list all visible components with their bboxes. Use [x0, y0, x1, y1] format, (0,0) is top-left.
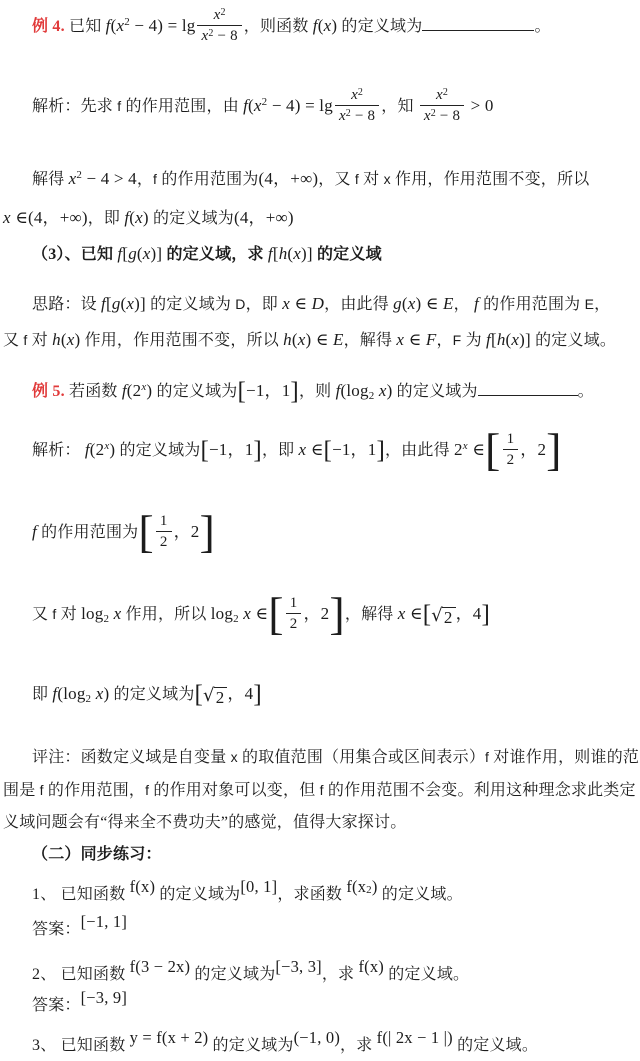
- text-run: 1、 已知函数: [32, 886, 130, 903]
- math-fragment: (4，+∞): [234, 208, 294, 227]
- paragraph-exercise1: 1、 已知函数 f(x) 的定义域为[0, 1]，求函数 f(x2) 的定义域。: [3, 880, 636, 908]
- text-run: ，解得: [345, 606, 398, 623]
- text-run: 的作用范围为: [157, 171, 258, 188]
- math-fragment: x: [143, 244, 151, 263]
- text-run: 解析：: [32, 442, 85, 459]
- math-fragment: 2: [233, 613, 239, 625]
- text-run: 的定义域为: [152, 383, 237, 400]
- math-fragment: f(x): [358, 957, 384, 976]
- paragraph-answer2: 答案：[−3, 9]: [3, 991, 636, 1019]
- math-fragment: (2: [127, 381, 142, 400]
- text-run: 的定义域为: [146, 296, 235, 313]
- text-run: ，求: [322, 966, 359, 983]
- bold-heading-text: （3）、已知: [32, 246, 117, 263]
- radicand: 2: [214, 687, 228, 708]
- math-fragment: )]: [151, 244, 163, 263]
- math-fragment: h: [283, 330, 292, 349]
- text-run: 为: [461, 332, 486, 349]
- math-fragment: x: [135, 208, 143, 227]
- math-fragment: x: [351, 87, 358, 103]
- text-run: 2、 已知函数: [32, 966, 130, 983]
- math-fragment: − 8: [351, 108, 375, 124]
- math-fragment: ，2: [520, 440, 546, 459]
- math-fragment: f(x: [346, 877, 366, 896]
- fraction-numerator: x2: [197, 6, 241, 26]
- text-run: ，知: [381, 98, 418, 115]
- text-run: ，解得: [344, 332, 397, 349]
- text-run: 的定义域为: [115, 442, 200, 459]
- fraction-denominator: x2 − 8: [197, 26, 241, 45]
- bracket-glyph: [: [138, 506, 154, 557]
- bracket-glyph: [: [485, 424, 501, 475]
- text-run: 的定义域。: [531, 332, 616, 349]
- text-run: 即: [32, 686, 52, 703]
- paragraph-example4: 例 4. 已知 f(x2 − 4) = lgx2x2 − 8，则函数 f(x) …: [3, 8, 636, 47]
- math-fragment: ∈: [306, 440, 323, 459]
- math-fragment: 2: [358, 87, 363, 98]
- math-fragment: ，2: [303, 604, 329, 623]
- bracket-glyph: [: [324, 437, 333, 464]
- fraction: x2x2 − 8: [197, 6, 241, 45]
- text-run: 。: [578, 383, 594, 400]
- bracket-glyph: [: [195, 681, 204, 708]
- math-fragment: f(3 − 2x): [130, 957, 191, 976]
- math-fragment: x: [339, 108, 346, 124]
- blank-underline: [478, 380, 578, 396]
- bracket-glyph: ]: [376, 437, 385, 464]
- math-fragment: x: [424, 108, 431, 124]
- math-fragment: [0, 1]: [240, 877, 277, 896]
- text-run: ，即: [262, 442, 299, 459]
- text-run: 的作用对象可以变，但: [149, 782, 319, 799]
- text-run: ，由此得: [324, 296, 393, 313]
- text-run: 思路：设: [32, 296, 101, 313]
- fraction-denominator: 2: [156, 532, 172, 551]
- math-fragment: ∈: [421, 294, 443, 313]
- text-run: 又: [3, 332, 23, 349]
- bracket-glyph: [: [268, 588, 284, 639]
- math-fragment: (−1, 0): [294, 1028, 340, 1047]
- paragraph-exercise3: 3、 已知函数 y = f(x + 2) 的定义域为(−1, 0)，求 f(| …: [3, 1031, 636, 1059]
- math-fragment: )]: [519, 330, 531, 349]
- math-fragment: 2: [216, 688, 225, 707]
- text-run: 的作用范围不会变。利用这种理念求此类定: [324, 782, 636, 799]
- math-fragment: x: [396, 330, 404, 349]
- math-fragment: (log: [341, 381, 369, 400]
- fraction-denominator: 2: [503, 450, 519, 469]
- text-run: 的作用范围为: [37, 524, 138, 541]
- text-run: 答案：: [32, 921, 81, 938]
- math-fragment: 2: [444, 608, 453, 627]
- sqrt-radical: √2: [203, 687, 227, 708]
- text-run: 的定义域为: [392, 383, 477, 400]
- math-fragment: 2: [290, 616, 298, 632]
- math-fragment: − 8: [436, 108, 460, 124]
- paragraph-ex5-conclusion: 即 f(log2 x) 的定义域为[√2，4]: [3, 680, 636, 708]
- math-fragment: − 4) = lg: [130, 16, 196, 35]
- fraction: x2x2 − 8: [335, 86, 379, 125]
- paragraph-ex4-analysis: 解析：先求 f 的作用范围，由 f(x2 − 4) = lgx2x2 − 8，知…: [3, 88, 636, 127]
- fraction: 12: [156, 512, 172, 551]
- fraction-denominator: 2: [286, 614, 302, 633]
- paragraph-ex4-solve-line2: x ∈(4，+∞)，即 f(x) 的定义域为(4，+∞): [3, 204, 636, 232]
- text-run: 又: [32, 606, 52, 623]
- paragraph-idea-line2: 又 f 对 h(x) 作用，作用范围不变，所以 h(x) ∈ E，解得 x ∈ …: [3, 326, 636, 354]
- math-fragment: ，2: [174, 522, 200, 541]
- math-fragment: ∈: [405, 604, 422, 623]
- math-fragment: x: [3, 208, 11, 227]
- text-run: 的定义域为: [149, 210, 234, 227]
- document-page: 例 4. 已知 f(x2 − 4) = lgx2x2 − 8，则函数 f(x) …: [0, 0, 640, 1061]
- math-fragment: y = f(x + 2): [130, 1028, 209, 1047]
- bold-heading-text: 的定义域: [313, 246, 382, 263]
- math-fragment: g: [393, 294, 402, 313]
- math-fragment: g: [128, 244, 137, 263]
- math-fragment: D: [312, 294, 324, 313]
- text-run: 的定义域为: [109, 686, 194, 703]
- paragraph-ex5-apply-log: 又 f 对 log2 x 作用，所以 log2 x ∈[12，2]，解得 x ∈…: [3, 596, 636, 635]
- math-fragment: ，4: [227, 684, 253, 703]
- text-run: 评注：函数定义域是自变量: [32, 749, 231, 766]
- math-fragment: 2: [507, 452, 515, 468]
- math-fragment: x: [254, 96, 262, 115]
- math-fragment: x: [436, 87, 443, 103]
- text-run: 的定义域。: [378, 886, 463, 903]
- math-fragment: x: [384, 171, 391, 187]
- text-run: 解得: [32, 171, 69, 188]
- text-run: ，则: [299, 383, 336, 400]
- text-run: 的定义域为: [208, 1037, 293, 1054]
- text-run: ，求函数: [277, 886, 346, 903]
- text-run: 若函数: [65, 383, 122, 400]
- fraction-numerator: 1: [156, 512, 172, 532]
- text-run: 的取值范围（用集合或区间表示）: [238, 749, 485, 766]
- bracket-glyph: ]: [482, 601, 491, 628]
- math-fragment: )]: [134, 294, 146, 313]
- bracket-glyph: ]: [253, 681, 262, 708]
- math-fragment: g: [112, 294, 121, 313]
- text-run: 义域问题会有“得来全不费功夫”的感觉，值得大家探讨。: [3, 814, 406, 831]
- math-fragment: 2: [443, 87, 448, 98]
- paragraph-practice-heading: （二）同步练习：: [3, 841, 636, 868]
- paragraph-ex4-solve-line1: 解得 x2 − 4 > 4，f 的作用范围为(4，+∞)，又 f 对 x 作用，…: [3, 165, 636, 193]
- sqrt-radical: √2: [431, 607, 455, 628]
- math-fragment: [−1, 1]: [81, 912, 127, 931]
- text-run: 对: [57, 606, 82, 623]
- math-fragment: ∈: [404, 330, 426, 349]
- math-fragment: (4，+∞): [28, 208, 88, 227]
- math-fragment: E: [333, 330, 344, 349]
- math-fragment: x: [511, 330, 519, 349]
- text-run: 的作用范围，由: [121, 98, 243, 115]
- math-fragment: F: [426, 330, 437, 349]
- paragraph-remark-line3: 义域问题会有“得来全不费功夫”的感觉，值得大家探讨。: [3, 809, 636, 836]
- text-run: 的作用范围，: [44, 782, 145, 799]
- math-fragment: x: [293, 244, 301, 263]
- text-run: 的定义域。: [384, 966, 469, 983]
- text-run: ，又: [318, 171, 355, 188]
- math-fragment: ∈: [11, 208, 28, 227]
- bracket-glyph: [: [238, 378, 247, 405]
- text-run: 作用，所以: [121, 606, 210, 623]
- paragraph-remark-line2: 围是 f 的作用范围，f 的作用对象可以变，但 f 的作用范围不会变。利用这种理…: [3, 777, 636, 804]
- text-run: ，即: [88, 210, 125, 227]
- math-fragment: D: [235, 296, 245, 312]
- math-fragment: − 8: [214, 28, 238, 44]
- math-fragment: h: [52, 330, 61, 349]
- fraction-numerator: 1: [503, 430, 519, 450]
- text-run: 3、 已知函数: [32, 1037, 130, 1054]
- bold-heading-text: （二）同步练习：: [32, 846, 162, 863]
- math-fragment: −1，1: [209, 440, 253, 459]
- bracket-glyph: ]: [290, 378, 299, 405]
- math-fragment: −1，1: [246, 381, 290, 400]
- math-fragment: > 0: [466, 96, 493, 115]
- math-fragment: (4，+∞): [259, 169, 319, 188]
- fraction: x2x2 − 8: [420, 86, 464, 125]
- bracket-glyph: ]: [199, 506, 215, 557]
- math-fragment: log: [211, 604, 233, 623]
- math-fragment: 2: [454, 440, 463, 459]
- math-fragment: x: [282, 294, 290, 313]
- math-fragment: f(x): [130, 877, 156, 896]
- math-fragment: [−3, 3]: [275, 957, 321, 976]
- math-fragment: )]: [301, 244, 313, 263]
- fraction: 12: [503, 430, 519, 469]
- fraction: 12: [286, 594, 302, 633]
- bracket-glyph: ]: [546, 424, 562, 475]
- math-fragment: ∈: [468, 440, 485, 459]
- math-fragment: ，4: [456, 604, 482, 623]
- text-run: 对: [28, 332, 53, 349]
- math-fragment: −1，1: [332, 440, 376, 459]
- text-run: 。: [534, 18, 550, 35]
- math-fragment: x: [243, 604, 251, 623]
- text-run: 解析：先求: [32, 98, 117, 115]
- math-fragment: (2: [90, 440, 105, 459]
- fraction-numerator: x2: [420, 86, 464, 106]
- text-run: ，求: [340, 1037, 377, 1054]
- math-fragment: x: [231, 749, 238, 765]
- radicand: 2: [442, 607, 456, 628]
- paragraph-section3-heading: （3）、已知 f[g(x)] 的定义域，求 f[h(x)] 的定义域: [3, 240, 636, 268]
- bracket-glyph: [: [200, 437, 209, 464]
- text-run: 已知: [65, 18, 106, 35]
- paragraph-exercise2: 2、 已知函数 f(3 − 2x) 的定义域为[−3, 3]，求 f(x) 的定…: [3, 960, 636, 988]
- math-fragment: (log: [57, 684, 85, 703]
- fraction-denominator: x2 − 8: [335, 106, 379, 125]
- math-fragment: ∈: [251, 604, 268, 623]
- text-run: ，由此得: [385, 442, 454, 459]
- text-run: 的作用范围为: [479, 296, 585, 313]
- text-run: 作用，作用范围不变，所以: [80, 332, 283, 349]
- math-fragment: [−3, 9]: [81, 988, 127, 1007]
- text-run: 的定义域为: [190, 966, 275, 983]
- paragraph-ex5-analysis: 解析： f(2x) 的定义域为[−1，1]，即 x ∈[−1，1]，由此得 2x…: [3, 432, 636, 471]
- math-fragment: log: [81, 604, 103, 623]
- text-run: ，: [594, 296, 610, 313]
- math-fragment: E: [585, 296, 595, 312]
- text-run: 的定义域为: [155, 886, 240, 903]
- math-fragment: − 4) = lg: [267, 96, 333, 115]
- paragraph-idea-line1: 思路：设 f[g(x)] 的定义域为 D，即 x ∈ D，由此得 g(x) ∈ …: [3, 290, 636, 318]
- text-run: ，: [137, 171, 153, 188]
- example-label: 例 4.: [32, 18, 65, 35]
- bracket-glyph: ]: [329, 588, 345, 639]
- bold-heading-text: 的定义域，求: [162, 246, 268, 263]
- text-run: 对谁作用，则谁的范: [489, 749, 639, 766]
- text-run: ，: [454, 296, 474, 313]
- paragraph-example5: 例 5. 若函数 f(2x) 的定义域为[−1，1]，则 f(log2 x) 的…: [3, 377, 636, 405]
- bracket-glyph: [: [423, 601, 432, 628]
- math-fragment: 1: [290, 595, 298, 611]
- math-fragment: 2: [160, 534, 168, 550]
- math-fragment: ∈: [290, 294, 312, 313]
- math-fragment: ): [372, 877, 378, 896]
- paragraph-answer1: 答案：[−1, 1]: [3, 915, 636, 943]
- paragraph-remark-line1: 评注：函数定义域是自变量 x 的取值范围（用集合或区间表示）f 对谁作用，则谁的…: [3, 744, 636, 771]
- math-fragment: 2: [220, 7, 225, 18]
- text-run: ，即: [246, 296, 283, 313]
- paragraph-ex5-range: f 的作用范围为[12，2]: [3, 514, 636, 553]
- text-run: ，则函数: [244, 18, 313, 35]
- blank-underline: [422, 15, 534, 31]
- text-run: 对: [359, 171, 384, 188]
- math-fragment: − 4 > 4: [82, 169, 137, 188]
- text-run: 的定义域。: [453, 1037, 538, 1054]
- math-fragment: ∈: [311, 330, 333, 349]
- text-run: 答案：: [32, 997, 81, 1014]
- text-run: 的定义域为: [337, 18, 422, 35]
- fraction-denominator: x2 − 8: [420, 106, 464, 125]
- fraction-numerator: 1: [286, 594, 302, 614]
- math-fragment: E: [443, 294, 454, 313]
- math-fragment: x: [126, 294, 134, 313]
- math-fragment: x: [379, 381, 387, 400]
- text-run: 作用，作用范围不变，所以: [391, 171, 590, 188]
- math-fragment: h: [497, 330, 506, 349]
- math-fragment: 1: [507, 431, 515, 447]
- fraction-numerator: x2: [335, 86, 379, 106]
- example-label: 例 5.: [32, 383, 65, 400]
- bracket-glyph: ]: [253, 437, 262, 464]
- math-fragment: 1: [160, 513, 168, 529]
- text-run: 围是: [3, 782, 40, 799]
- math-fragment: f(| 2x − 1 |): [377, 1028, 453, 1047]
- text-run: ，: [436, 332, 452, 349]
